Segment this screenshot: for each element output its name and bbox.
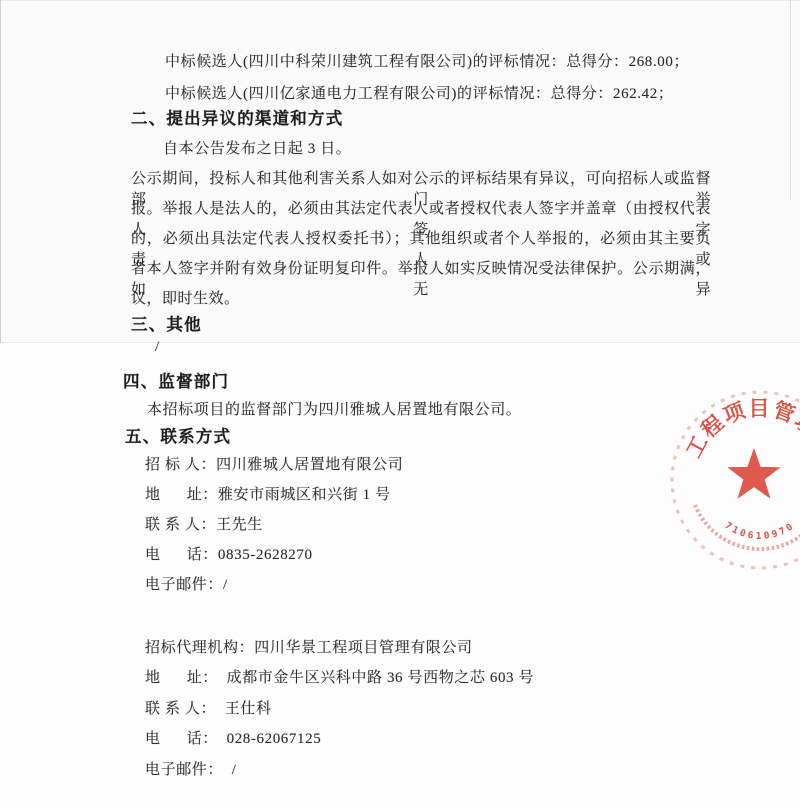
agency-name-line: 招标代理机构：四川华景工程项目管理有限公司 [145,636,473,657]
section3-content: / [155,339,160,356]
section2-intro: 自本公告发布之日起 3 日。 [163,137,351,158]
scan-right-edge-line [790,0,791,200]
score-line-2: 中标候选人(四川亿家通电力工程有限公司)的评标情况：总得分：262.42； [165,82,673,103]
tenderer-phone-line: 电 话：0835-2628270 [145,543,313,564]
section2-heading: 二、提出异议的渠道和方式 [131,105,343,129]
tenderer-address-line: 地 址：雅安市雨城区和兴街 1 号 [145,483,391,504]
stamp-arc-text: 景工程项目管理有限 [640,360,800,462]
section4-heading: 四、监督部门 [123,368,229,392]
agency-phone-line: 电 话： 028-62067125 [145,727,321,748]
stamp-serial-textpath: 710610970 [723,520,798,542]
agency-email-line: 电子邮件： / [145,758,236,779]
paragraph-line: 议，即时生效。 [131,287,711,308]
section4-content: 本招标项目的监督部门为四川雅城人居置地有限公司。 [147,398,521,419]
score-line-1: 中标候选人(四川中科荣川建筑工程有限公司)的评标情况：总得分：268.00； [165,50,689,71]
agency-address-line: 地 址： 成都市金牛区兴科中路 36 号西物之芯 603 号 [145,666,534,687]
scan-left-edge-line [0,0,1,343]
tenderer-name-line: 招 标 人：四川雅城人居置地有限公司 [145,453,403,474]
seal-stamp: 景工程项目管理有限 710610970 [640,360,800,600]
stamp-serial: 710610970 [723,520,798,542]
document-page: 中标候选人(四川中科荣川建筑工程有限公司)的评标情况：总得分：268.00； 中… [0,0,800,808]
scan-seam [0,342,800,343]
star-icon [727,448,780,499]
section5-heading: 五、联系方式 [125,423,231,447]
agency-contact-line: 联 系 人： 王仕科 [145,697,272,718]
stamp-arc-textpath: 景工程项目管理有限 [640,360,800,462]
tenderer-email-line: 电子邮件：/ [145,573,228,594]
section3-heading: 三、其他 [131,311,202,335]
tenderer-contact-line: 联 系 人：王先生 [145,513,263,534]
